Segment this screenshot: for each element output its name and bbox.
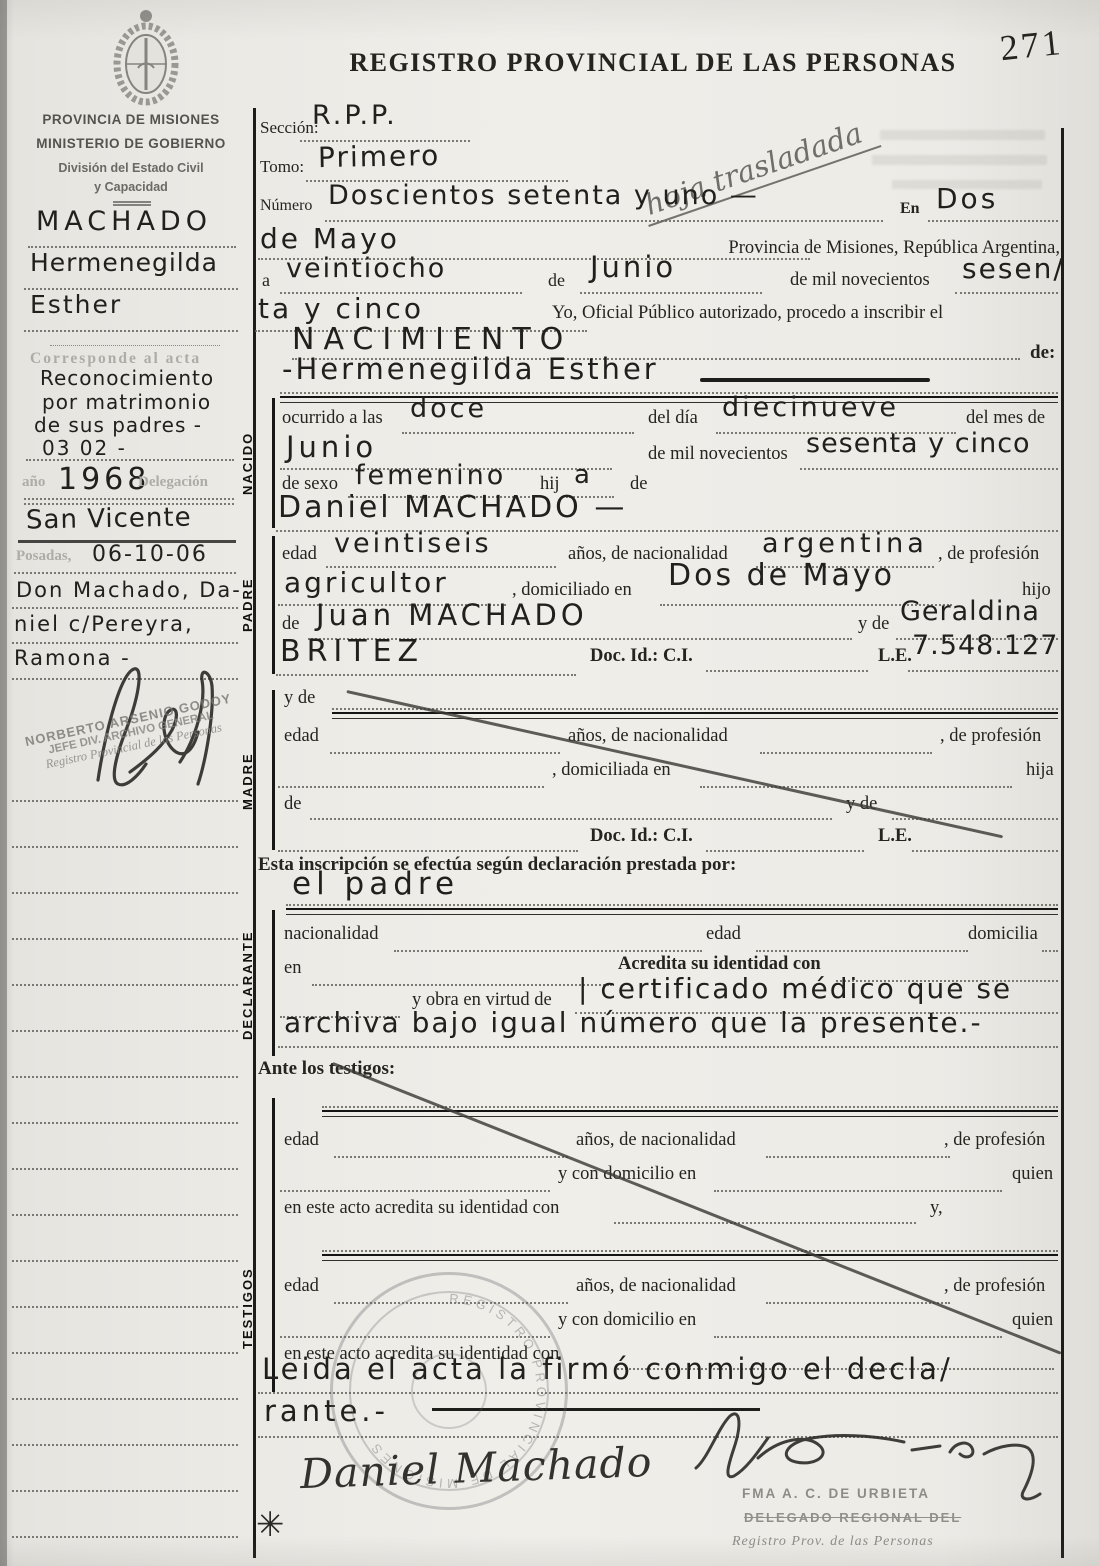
dotted-line <box>580 292 762 294</box>
declarante-en-label: en <box>284 958 301 979</box>
dotted-line <box>700 786 1012 788</box>
asterisk-mark: ✳ <box>256 1505 287 1545</box>
dotted-line <box>322 1106 1058 1108</box>
page-number: 271 <box>998 21 1065 69</box>
sidebar-division-2: y Capacidad <box>20 180 242 194</box>
dotted-line <box>280 392 1058 394</box>
sidebar-note-3: de sus padres - <box>34 413 202 437</box>
de-label-2: de <box>630 474 647 495</box>
dotted-line <box>276 674 576 676</box>
padre-nacionalidad-value: argentina <box>762 528 928 559</box>
dotted-line <box>12 1444 238 1446</box>
le-label: L.E. <box>878 646 912 667</box>
padre-edad-label: edad <box>282 544 317 565</box>
dotted-line <box>12 1260 238 1262</box>
padre-profesion-label: , de profesión <box>938 544 1039 565</box>
scan-edge <box>0 0 7 1566</box>
testigo1-edad-label: edad <box>284 1130 319 1151</box>
del-dia-label: del día <box>648 408 698 429</box>
dotted-line <box>24 498 234 500</box>
madre-edad-label: edad <box>284 726 319 747</box>
dotted-line <box>928 220 1058 222</box>
year-written-1: sesen/ <box>962 252 1065 285</box>
virtud-value-1: | certificado médico que se <box>578 972 1012 1005</box>
place-value-2: de Mayo <box>260 222 400 255</box>
dotted-line <box>766 1302 950 1304</box>
madre-doc-id-label: Doc. Id.: C.I. <box>590 826 693 847</box>
day-value: diecinueve <box>722 392 899 423</box>
dotted-line <box>334 1156 568 1158</box>
sexo-value: femenino <box>355 460 506 491</box>
tomo-value: Primero <box>318 139 441 174</box>
dotted-line <box>955 292 1058 294</box>
sidebar-faded-posadas: Posadas, <box>16 548 71 565</box>
madre-domicilio-label: , domiciliada en <box>552 760 671 781</box>
seccion-value: R.P.P. <box>312 100 398 131</box>
day-written: veintiocho <box>286 253 446 284</box>
domicilia-label: domicilia <box>968 924 1038 945</box>
dotted-line <box>50 345 220 346</box>
de-mil-label: de mil novecientos <box>790 270 930 291</box>
month-written: Junio <box>590 250 676 284</box>
dotted-line <box>706 670 868 672</box>
tomo-label: Tomo: <box>260 157 304 177</box>
dotted-line <box>714 1336 1002 1338</box>
page-title: REGISTRO PROVINCIAL DE LAS PERSONAS <box>318 48 988 78</box>
sidebar-case-2: niel c/Pereyra, <box>14 612 194 636</box>
dotted-line <box>325 220 883 222</box>
numero-value: Doscientos setenta y uno — <box>328 180 759 211</box>
padre-profesion-value: agricultor <box>284 566 449 599</box>
dotted-line <box>12 607 238 609</box>
dotted-line <box>26 459 234 461</box>
madre-profesion-label: , de profesión <box>940 726 1041 747</box>
hour-value: doce <box>410 393 487 424</box>
dotted-line <box>12 1214 238 1216</box>
sidebar-note-4: 03 02 - <box>42 436 127 460</box>
padre-domicilio-value: Dos de Mayo <box>668 558 895 593</box>
bleedthrough <box>872 155 1047 165</box>
dotted-line <box>12 1076 238 1078</box>
sidebar-faded-ano: año <box>22 474 45 491</box>
sidebar-note-2: por matrimonio <box>42 390 211 414</box>
dotted-line <box>12 1398 238 1400</box>
section-bar <box>272 910 275 1056</box>
sidebar-year: 1968 <box>58 462 150 497</box>
handwritten-dash <box>700 378 930 382</box>
father-name-value: Daniel MACHADO — <box>278 490 627 525</box>
dotted-line <box>394 950 702 952</box>
nacido-name: -Hermenegilda Esther <box>282 352 659 386</box>
dotted-line <box>760 752 932 754</box>
dotted-line <box>766 1156 950 1158</box>
dotted-line <box>800 468 1058 470</box>
dotted-line <box>12 642 238 644</box>
sidebar-division-1: División del Estado Civil <box>20 161 242 175</box>
dotted-line <box>332 708 1058 710</box>
del-mes-label: del mes de <box>966 408 1045 429</box>
y-de-label: y de <box>858 614 889 635</box>
dotted-line <box>280 1190 550 1192</box>
dotted-line <box>330 752 560 754</box>
dotted-line <box>14 572 236 574</box>
de-mil-label-2: de mil novecientos <box>648 444 788 465</box>
dotted-line <box>12 1030 238 1032</box>
a-label: a <box>262 270 270 291</box>
dotted-line <box>756 950 968 952</box>
place-value-1: Dos <box>936 182 998 215</box>
heavy-rule <box>280 396 1058 403</box>
declarante-value: el padre <box>292 866 459 902</box>
year-value: sesenta y cinco <box>806 428 1031 459</box>
seccion-label: Sección: <box>260 118 319 138</box>
testigo2-nacionalidad-label: años, de nacionalidad <box>576 1276 736 1297</box>
section-bar <box>272 690 275 850</box>
month-value: Junio <box>286 430 377 464</box>
testigo2-quien-label: quien <box>1012 1310 1053 1331</box>
dotted-line <box>278 786 544 788</box>
abuela-value-1: Geraldina <box>900 596 1040 627</box>
abuela-value-2: BRITEZ <box>280 634 424 669</box>
dotted-line <box>12 1352 238 1354</box>
dotted-line <box>12 1122 238 1124</box>
heavy-rule <box>286 908 1058 915</box>
testigo2-edad-label: edad <box>284 1276 319 1297</box>
testigos-intro: Ante los testigos: <box>258 1058 395 1080</box>
dotted-line <box>286 904 1058 906</box>
sidebar-case-1: Don Machado, Da- <box>16 578 242 602</box>
hija-label: hija <box>1026 760 1054 781</box>
numero-label: Número <box>260 197 312 215</box>
year-written-2: ta y cinco <box>258 292 424 325</box>
dotted-line <box>12 1536 238 1538</box>
dotted-line <box>12 984 238 986</box>
heavy-rule <box>322 1254 1058 1261</box>
testigo2-profesion-label: , de profesión <box>944 1276 1045 1297</box>
madre-le-label: L.E. <box>878 826 912 847</box>
padre-de-label: de <box>282 614 299 635</box>
dotted-line <box>12 1306 238 1308</box>
delegate-stamp-line-3: Registro Prov. de las Personas <box>732 1534 934 1550</box>
dotted-line <box>12 892 238 894</box>
sidebar-ministry: MINISTERIO DE GOBIERNO <box>20 136 242 151</box>
oficial-line: Yo, Oficial Público autorizado, procedo … <box>552 303 943 324</box>
section-bar <box>272 1098 275 1392</box>
virtud-value-2: archiva bajo igual número que la present… <box>284 1006 983 1039</box>
birth-certificate-scan: REGISTRO PROVINCIAL DE LAS PERSONAS 271 … <box>0 0 1099 1566</box>
testigo1-quien-label: quien <box>1012 1164 1053 1185</box>
bleedthrough <box>880 130 1045 140</box>
dotted-line <box>322 1250 1058 1252</box>
coat-of-arms <box>102 4 190 108</box>
testigo1-profesion-label: , de profesión <box>944 1130 1045 1151</box>
testigo1-y-label: y, <box>930 1198 943 1219</box>
form-right-border <box>1061 128 1064 1558</box>
section-label-nacido: NACIDO <box>240 400 256 526</box>
section-bar <box>272 536 275 674</box>
section-label-declarante: DECLARANTE <box>240 912 256 1058</box>
dotted-line <box>310 818 832 820</box>
sidebar-place: San Vicente <box>26 503 192 536</box>
en-label: En <box>900 200 920 218</box>
declarante-edad-label: edad <box>706 924 741 945</box>
dotted-line <box>12 1490 238 1492</box>
dotted-line <box>278 1046 1058 1048</box>
sidebar-province: PROVINCIA DE MISIONES <box>20 112 242 127</box>
doc-id-label: Doc. Id.: C.I. <box>590 646 693 667</box>
sidebar-faded-delegacion: Delegación <box>138 474 208 491</box>
abuelo-value: Juan MACHADO <box>316 598 588 632</box>
section-label-testigos: TESTIGOS <box>240 1228 256 1388</box>
sidebar-note-1: Reconocimiento <box>40 366 214 390</box>
divider <box>113 201 151 203</box>
dotted-line <box>24 330 238 332</box>
heavy-rule <box>322 1110 1058 1117</box>
dotted-line <box>1042 950 1058 952</box>
sidebar-given-name-1: Hermenegilda <box>30 248 218 277</box>
dotted-line <box>278 850 578 852</box>
dotted-line <box>12 846 238 848</box>
section-label-padre: PADRE <box>240 540 256 670</box>
padre-edad-value: veintiseis <box>334 528 492 559</box>
madre-y-de-label: y de <box>284 688 315 709</box>
delegate-stamp-line-2: DELEGADO REGIONAL DEL <box>744 1510 961 1525</box>
section-bar <box>272 398 275 528</box>
dotted-line <box>706 850 864 852</box>
dotted-line <box>12 1168 238 1170</box>
dotted-line <box>12 938 238 940</box>
sidebar-date: 06-10-06 <box>92 542 208 567</box>
testigo1-nacionalidad-label: años, de nacionalidad <box>576 1130 736 1151</box>
testigo2-domicilio-label: y con domicilio en <box>558 1310 696 1331</box>
dotted-line <box>908 670 1058 672</box>
sidebar-given-name-2: Esther <box>30 290 122 319</box>
dotted-line <box>614 1222 916 1224</box>
testigo1-acredita-label: en este acto acredita su identidad con <box>284 1198 559 1219</box>
dotted-line <box>402 432 634 434</box>
ocurrido-label: ocurrido a las <box>282 408 383 429</box>
hij-letter: a <box>574 460 592 490</box>
delegate-stamp-line-1: FMA A. C. DE URBIETA <box>742 1486 930 1501</box>
de-colon-label: de: <box>1030 342 1055 364</box>
dotted-line <box>912 850 1058 852</box>
dotted-line <box>12 800 238 802</box>
declarante-nacionalidad-label: nacionalidad <box>284 924 379 945</box>
dotted-line <box>312 984 612 986</box>
dotted-line <box>714 1190 1002 1192</box>
sidebar-surname: MACHADO <box>36 206 212 237</box>
le-value: 7.548.127 <box>912 630 1058 661</box>
de-label: de <box>548 270 565 291</box>
madre-de-label: de <box>284 794 301 815</box>
section-label-madre: MADRE <box>240 716 256 846</box>
